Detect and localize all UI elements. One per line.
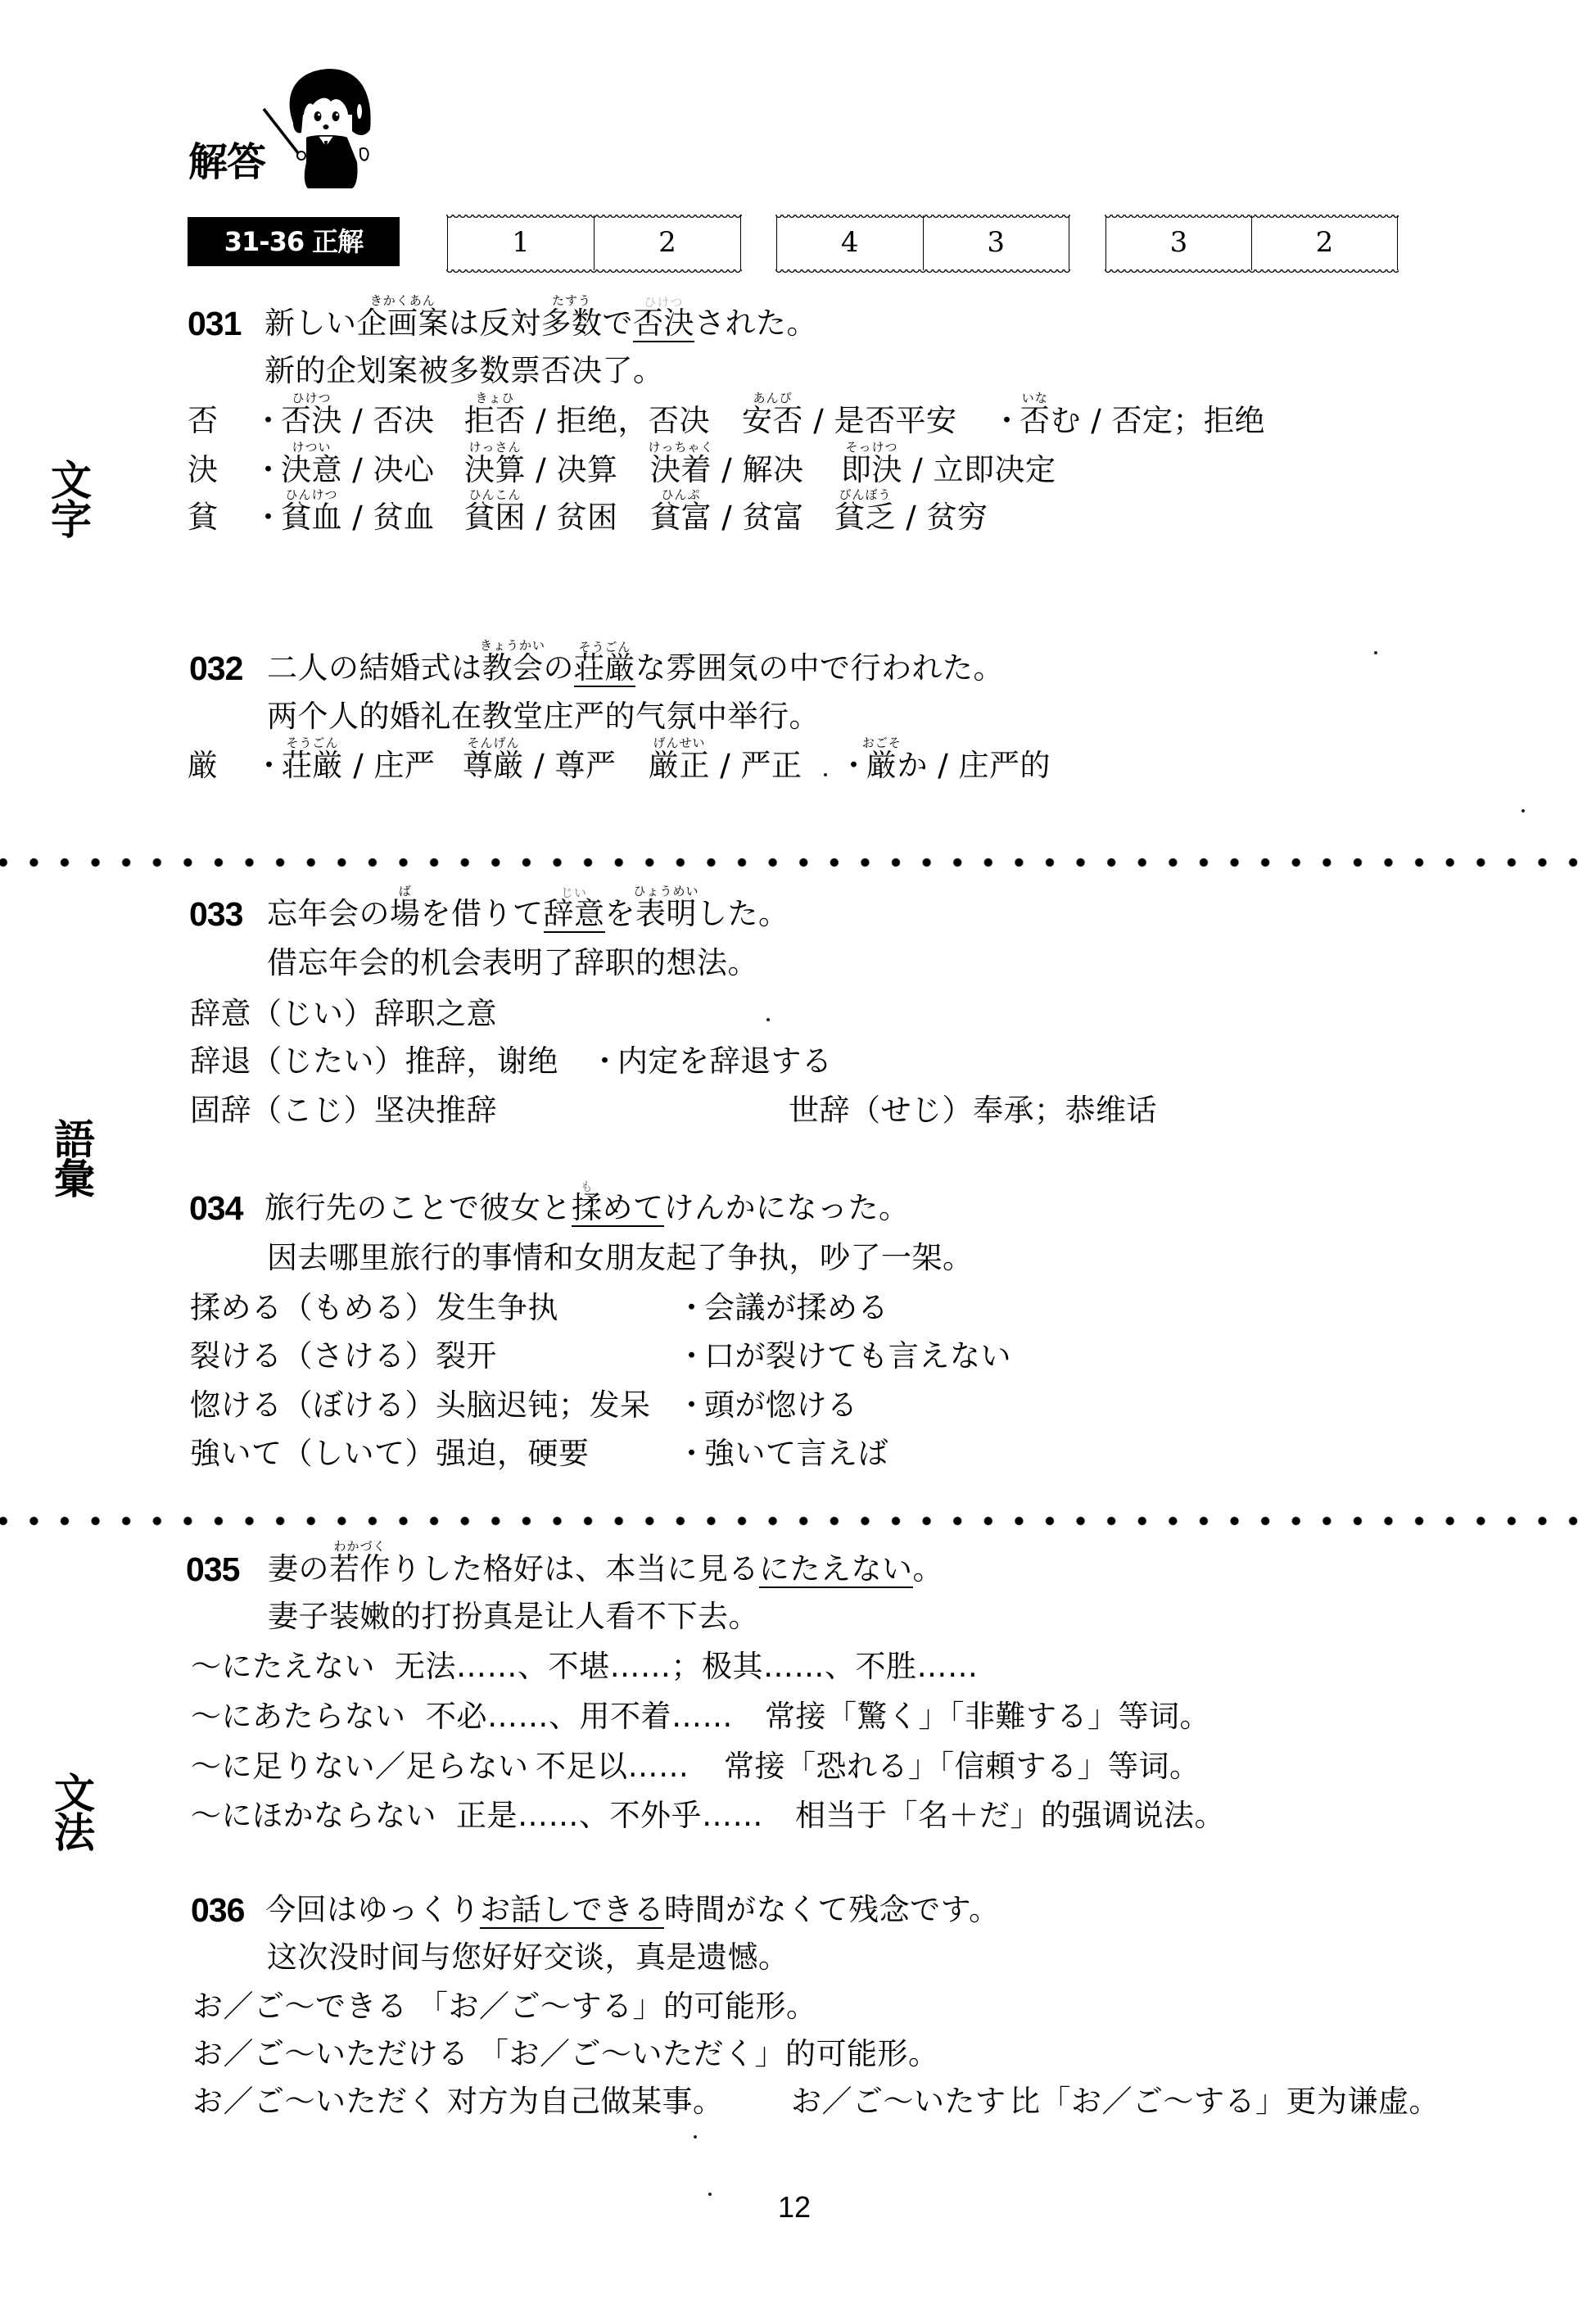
ruby-word: 決意けつい — [281, 451, 342, 489]
grammar-meaning: 不必……、用不着…… — [426, 1698, 733, 1736]
sentence-text: 二人の結婚式は — [267, 650, 482, 687]
answer-035: 3 — [1106, 215, 1251, 270]
kanji-char: 貧 — [188, 499, 219, 536]
meaning-text: 不足以…… — [536, 1748, 689, 1786]
ruby-reading: けっさん — [468, 441, 521, 454]
sentence-text: 今回はゆっくり — [265, 1891, 480, 1929]
grammar-meaning: 正是……、不外乎…… — [456, 1797, 763, 1835]
meaning: 立即决定 — [934, 451, 1056, 489]
ruby-reading: ひんこん — [468, 488, 521, 501]
question-sentence: 新しい 企画案きかくあん は反対 多数たすう で 否決ひけつ された。 — [264, 305, 817, 342]
ruby-word: 貧富ひんぷ — [650, 499, 712, 536]
ruby-base: 場 — [390, 896, 421, 931]
translation-text: 借忘年会的机会表明了辞职的想法。 — [267, 944, 758, 982]
translation-text: 妻子装嫩的打扮真是让人看不下去。 — [268, 1598, 759, 1636]
kanji-entry: 貧困ひんこん / 贫困 — [464, 499, 618, 536]
question-number: 036 — [191, 1891, 244, 1929]
grammar-meaning: 无法……、不堪……；极其……、不胜…… — [395, 1648, 979, 1686]
bullet: ・ — [253, 451, 281, 489]
bullet: ・ — [590, 1043, 617, 1080]
ruby-word: 否決ひけつ — [633, 306, 694, 341]
ruby-reading: そうごん — [286, 736, 338, 749]
ruby-reading: ひんぷ — [661, 488, 700, 501]
page-number: 12 — [778, 2189, 811, 2225]
question-number: 034 — [189, 1189, 242, 1227]
meaning: 解决 — [743, 451, 804, 489]
vocab-term: 辞意 — [190, 995, 251, 1033]
ruby-base: 揉 — [572, 1190, 603, 1225]
grammar-pattern: お／ご～いただける — [192, 2035, 469, 2073]
print-speck — [694, 2135, 697, 2139]
ruby-reading: ば — [399, 885, 412, 898]
grammar-pattern: お／ご～いたす — [791, 2083, 1006, 2121]
vocab-reading: （もめる） — [283, 1289, 436, 1327]
vocab-example: ・強いて言えば — [676, 1435, 888, 1473]
ruby-base: 即決 — [841, 452, 902, 487]
sentence-text: で — [603, 305, 634, 342]
ruby-word: 決算けっさん — [464, 451, 526, 489]
vocab-term: 裂ける — [190, 1338, 283, 1375]
ruby-word: 荘厳そうごん — [574, 651, 635, 686]
vocab-example: ・頭が惚ける — [676, 1387, 858, 1424]
meaning: 否决 — [373, 402, 435, 440]
side-label-moji: 文字 — [46, 459, 90, 537]
meaning-text: 比「お／ご～する」更为谦虚。 — [1010, 2083, 1440, 2121]
ruby-base: 否決 — [633, 306, 694, 341]
meaning-text: 「お／ご～する」的可能形。 — [418, 1988, 817, 2026]
grammar-note: 常接「驚く」「非難する」等词。 — [765, 1698, 1210, 1736]
question-number: 035 — [186, 1550, 239, 1588]
grammar-meaning: 对方为自己做某事。 — [447, 2083, 724, 2121]
underlined-target-word: 否決ひけつ — [633, 306, 694, 342]
separator: / — [1081, 402, 1112, 440]
question-number: 033 — [189, 895, 242, 933]
ruby-word: 安否あんぴ — [742, 402, 803, 440]
kanji-entry: 決算けっさん / 决算 — [464, 451, 618, 489]
kanji-entry: ・ 決意けつい / 决心 — [253, 451, 435, 489]
ruby-word: 尊厳そんげん — [463, 747, 524, 785]
separator: / — [524, 747, 555, 785]
kanji-entry: 貧乏びんぼう / 贫穷 — [834, 499, 988, 536]
ruby-reading: そうごん — [578, 640, 631, 654]
vocab-example: ・口が裂けても言えない — [676, 1338, 1011, 1375]
separator: / — [343, 747, 374, 785]
underlined-target-word: お話しできる — [480, 1893, 664, 1929]
ruby-base: 表明 — [635, 896, 697, 931]
ruby-word: 貧血ひんけつ — [281, 499, 342, 536]
grammar-meaning: 比「お／ご～する」更为谦虚。 — [1010, 2083, 1440, 2121]
pattern-text: ～にたえない — [191, 1648, 375, 1686]
translation: 因去哪里旅行的事情和女朋友起了争执，吵了一架。 — [267, 1239, 974, 1277]
vocab-meaning: 推辞，谢绝 — [405, 1043, 559, 1080]
vocab-meaning: 裂开 — [436, 1338, 497, 1375]
answer-031: 1 — [448, 215, 594, 270]
ruby-word: 荘厳そうごん — [282, 747, 343, 785]
print-speck — [1521, 809, 1525, 812]
translation: 借忘年会的机会表明了辞职的想法。 — [267, 944, 758, 982]
vocab-meaning: 奉承；恭维话 — [973, 1092, 1157, 1129]
meaning: 贫血 — [373, 499, 435, 536]
question-sentence: 今回はゆっくり お話しできる 時間がなくて残念です。 — [265, 1891, 1000, 1929]
ruby-reading: ひょうめい — [633, 885, 699, 898]
vocab-reading: （ぼける） — [283, 1387, 436, 1424]
side-label-bunpo: 文法 — [49, 1772, 93, 1850]
bullet: ・ — [676, 1338, 704, 1375]
print-speck — [1374, 651, 1377, 654]
underlined-target-word: にたえない — [759, 1552, 913, 1588]
grammar-pattern: ～にあたらない — [191, 1698, 406, 1736]
dotted-divider — [0, 1515, 1596, 1527]
print-speck — [766, 1018, 770, 1021]
underlined-target-word: 揉もめて — [572, 1191, 664, 1227]
kanji-entry: ・ 荘厳そうごん / 庄严 — [254, 747, 436, 785]
kanji-heading: 否 — [188, 402, 219, 440]
ruby-base: 否決 — [281, 403, 342, 438]
answer-group-035-036: 3 2 — [1105, 215, 1398, 270]
vocab-meaning: 头脑迟钝；发呆 — [436, 1387, 651, 1424]
ruby-word: 即決そっけつ — [841, 451, 902, 489]
translation: 新的企划案被多数票否决了。 — [264, 352, 664, 390]
pattern-text: ～にあたらない — [191, 1698, 406, 1736]
ruby-base: 多数 — [541, 306, 603, 341]
okurigana: む — [1051, 402, 1082, 440]
vocab-meaning: 坚决推辞 — [374, 1092, 497, 1129]
note-text: 常接「驚く」「非難する」等词。 — [765, 1698, 1210, 1736]
vocab-entry: 固辞（こじ）坚决推辞 — [190, 1092, 497, 1129]
example-text: 会議が揉める — [704, 1289, 888, 1327]
print-speck — [824, 773, 827, 776]
ruby-reading: ひんけつ — [285, 488, 337, 501]
body — [305, 135, 358, 188]
kanji-heading: 貧 — [188, 499, 219, 536]
question-sentence: 二人の結婚式は 教会きょうかい の 荘厳そうごん な雰囲気の中で行われた。 — [267, 650, 1004, 687]
separator: / — [712, 451, 743, 489]
ruby-reading: わかづく — [333, 1540, 386, 1553]
separator: / — [928, 747, 959, 785]
kanji-entry: 安否あんぴ / 是否平安 — [742, 402, 957, 440]
grammar-pattern: お／ご～できる — [192, 1988, 408, 2026]
pattern-text: お／ご～いただける — [192, 2035, 469, 2073]
ruby-reading: けっちゃく — [648, 441, 713, 454]
meaning: 拒绝，否决 — [557, 402, 711, 440]
kanji-entry: 拒否きょひ / 拒绝，否决 — [464, 402, 710, 440]
grammar-note: 常接「恐れる」「信頼する」等词。 — [724, 1748, 1200, 1786]
kanji-entry: 尊厳そんげん / 尊严 — [463, 747, 617, 785]
ruby-word: 教会きょうかい — [482, 650, 544, 687]
translation-text: 新的企划案被多数票否决了。 — [264, 352, 664, 390]
sentence-text: は反対 — [449, 305, 541, 342]
separator: / — [342, 499, 373, 536]
sentence-text: 忘年会の — [267, 895, 390, 933]
vocab-term: 辞退 — [190, 1043, 251, 1080]
ruby-word: 若作わかづく — [329, 1550, 391, 1588]
meaning-text: 「お／ご～いただく」的可能形。 — [478, 2035, 939, 2073]
question-number: 032 — [189, 650, 242, 687]
ruby-word: 辞意じい — [544, 897, 605, 931]
example-text: 口が裂けても言えない — [704, 1338, 1011, 1375]
ruby-base: 決算 — [464, 452, 526, 487]
ruby-word: 否いな — [1020, 402, 1051, 440]
note-text: 常接「恐れる」「信頼する」等词。 — [724, 1748, 1200, 1786]
sentence-text: りした格好は、本当に見る — [391, 1550, 759, 1588]
ruby-base: 否 — [1020, 403, 1051, 438]
vocab-entry: 惚ける（ぼける）头脑迟钝；发呆 — [190, 1387, 651, 1424]
separator: / — [342, 402, 373, 440]
ruby-reading: そっけつ — [845, 441, 897, 454]
answer-032: 2 — [594, 215, 740, 270]
separator: / — [712, 499, 743, 536]
dotted-divider — [0, 857, 1596, 868]
meaning: 贫困 — [557, 499, 618, 536]
separator: / — [896, 499, 927, 536]
ruby-base: 厳正 — [649, 748, 710, 783]
kanji-char: 決 — [188, 451, 219, 489]
ruby-reading: いな — [1022, 392, 1048, 405]
ruby-word: 揉も — [572, 1191, 603, 1225]
grammar-pattern: お／ご～いただく — [192, 2083, 438, 2121]
vocab-meaning: 辞职之意 — [374, 995, 497, 1033]
pattern-text: ～に足りない／足らない — [191, 1748, 529, 1786]
ruby-word: 多数たすう — [541, 305, 603, 342]
bullet: ・ — [839, 747, 866, 785]
ruby-word: 否決ひけつ — [281, 402, 342, 440]
answer-group-031-032: 1 2 — [447, 215, 741, 270]
translation-text: 这次没时间与您好好交谈，真是遗憾。 — [267, 1939, 789, 1976]
pattern-text: お／ご～いただく — [192, 2083, 438, 2121]
separator: / — [342, 451, 373, 489]
ruby-reading: きょひ — [475, 392, 514, 405]
vocab-term: 強いて — [190, 1435, 283, 1473]
meaning: 庄严的 — [959, 747, 1051, 785]
bullet: ・ — [676, 1387, 704, 1424]
vocab-term: 世辞 — [789, 1092, 850, 1129]
ruby-word: 拒否きょひ — [464, 402, 526, 440]
sentence-text: けんかになった。 — [664, 1189, 910, 1227]
ruby-word: 企画案きかくあん — [357, 305, 450, 342]
bullet: ・ — [676, 1435, 704, 1473]
vocab-reading: （じたい） — [251, 1043, 405, 1080]
vocab-entry: 辞退（じたい）推辞，谢绝 — [190, 1043, 558, 1080]
kanji-entry: 貧富ひんぷ / 贫富 — [650, 499, 804, 536]
vocab-term: 固辞 — [190, 1092, 251, 1129]
ruby-base: 教会 — [482, 650, 544, 686]
meaning: 庄严 — [374, 747, 436, 785]
meaning-text: 无法……、不堪……；极其……、不胜…… — [395, 1648, 979, 1686]
ruby-reading: おごそ — [862, 736, 902, 749]
ruby-base: 拒否 — [464, 403, 526, 438]
ruby-base: 企画案 — [357, 306, 450, 341]
bullet: ・ — [254, 747, 282, 785]
vocab-term: 惚ける — [190, 1387, 283, 1424]
vocab-example: ・内定を辞退する — [590, 1043, 833, 1080]
hand — [297, 152, 305, 160]
ruby-base: 辞意 — [544, 896, 605, 931]
bullet: ・ — [253, 402, 281, 440]
kanji-entry: 即決そっけつ / 立即决定 — [841, 451, 1056, 489]
meaning: 贫穷 — [927, 499, 988, 536]
question-sentence: 妻の 若作わかづく りした格好は、本当に見る にたえない 。 — [268, 1550, 943, 1588]
question-sentence: 忘年会の 場ば を借りて 辞意じい を 表明ひょうめい した。 — [267, 895, 789, 933]
meaning: 贫富 — [743, 499, 804, 536]
vocab-reading: （こじ） — [251, 1092, 374, 1129]
ruby-base: 貧困 — [464, 500, 526, 535]
ruby-base: 決意 — [281, 452, 342, 487]
answer-033: 4 — [777, 215, 923, 270]
ruby-reading: ひけつ — [292, 392, 331, 405]
ruby-base: 荘厳 — [282, 748, 343, 783]
example-text: 強いて言えば — [704, 1435, 888, 1473]
ruby-reading: けつい — [292, 441, 331, 454]
grammar-pattern: ～にほかならない — [191, 1797, 436, 1835]
meaning-text: 对方为自己做某事。 — [447, 2083, 724, 2121]
teacher-illustration — [260, 64, 375, 191]
separator: / — [902, 451, 934, 489]
ruby-base: 貧血 — [281, 500, 342, 535]
meaning: 严正 — [741, 747, 803, 785]
vocab-entry: 揉める（もめる）发生争执 — [190, 1289, 558, 1327]
ruby-word: 厳おごそ — [866, 747, 897, 785]
meaning: 尊严 — [555, 747, 617, 785]
pattern-text: お／ご～いたす — [791, 2083, 1006, 2121]
kanji-entry: ・ 貧血ひんけつ / 贫血 — [253, 499, 435, 536]
sentence-text: を — [605, 895, 636, 933]
kanji-heading: 厳 — [188, 747, 219, 785]
ruby-word: 貧乏びんぼう — [834, 499, 896, 536]
note-text: 相当于「名＋だ」的强调说法。 — [795, 1797, 1225, 1835]
ruby-base: 荘厳 — [574, 650, 635, 686]
vocab-reading: （じい） — [251, 995, 374, 1033]
kanji-entry: ・ 厳おごそ か / 庄严的 — [839, 747, 1051, 785]
meaning-text: 正是……、不外乎…… — [456, 1797, 763, 1835]
answer-036: 2 — [1251, 215, 1397, 270]
example-text: 頭が惚ける — [704, 1387, 858, 1424]
side-label-goi: 語彙 — [49, 1118, 93, 1197]
ruby-word: 貧困ひんこん — [464, 499, 526, 536]
separator: / — [526, 451, 557, 489]
sentence-text: した。 — [697, 895, 789, 933]
bullet: ・ — [253, 499, 281, 536]
kanji-entry: 厳正げんせい / 严正 — [649, 747, 803, 785]
sentence-text: な雰囲気の中で行われた。 — [635, 650, 1004, 687]
grammar-meaning: 「お／ご～いただく」的可能形。 — [478, 2035, 939, 2073]
separator: / — [710, 747, 741, 785]
sentence-text: 。 — [913, 1550, 944, 1588]
vocab-entry: 強いて（しいて）强迫，硬要 — [190, 1435, 590, 1473]
vocab-example: ・会議が揉める — [676, 1289, 888, 1327]
vocab-entry: 裂ける（さける）裂开 — [190, 1338, 497, 1375]
separator: / — [526, 402, 557, 440]
ruby-reading: も — [581, 1180, 594, 1193]
kanji-heading: 決 — [188, 451, 219, 489]
sentence-text: 妻の — [268, 1550, 329, 1588]
sentence-text: の — [544, 650, 575, 687]
vocab-entry: 世辞（せじ）奉承；恭维话 — [789, 1092, 1157, 1129]
ruby-word: 場ば — [390, 895, 421, 933]
meaning: 是否平安 — [834, 402, 957, 440]
kanji-char: 厳 — [188, 747, 219, 785]
grammar-meaning: 「お／ご～する」的可能形。 — [418, 1988, 817, 2026]
sentence-text: 新しい — [264, 305, 357, 342]
underlined-target-word: 辞意じい — [544, 897, 605, 933]
kanji-entry: ・ 否決ひけつ / 否决 — [253, 402, 435, 440]
grammar-meaning: 不足以…… — [536, 1748, 689, 1786]
separator: / — [803, 402, 834, 440]
answer-group-033-034: 4 3 — [776, 215, 1069, 270]
kanji-entry: 決着けっちゃく / 解决 — [650, 451, 804, 489]
ruby-base: 厳 — [866, 748, 897, 783]
question-sentence: 旅行先のことで彼女と 揉もめて けんかになった。 — [264, 1189, 910, 1227]
translation: 这次没时间与您好好交谈，真是遗憾。 — [267, 1939, 789, 1976]
kanji-char: 否 — [188, 402, 219, 440]
example-text: 内定を辞退する — [617, 1043, 833, 1080]
bullet: ・ — [676, 1289, 704, 1327]
ruby-reading: びんぼう — [839, 488, 891, 501]
separator: / — [526, 499, 557, 536]
vocab-reading: （しいて） — [283, 1435, 436, 1473]
question-number: 031 — [188, 305, 241, 342]
ruby-reading: きょうかい — [480, 639, 545, 652]
okurigana: か — [897, 747, 929, 785]
ruby-base: 貧富 — [650, 500, 712, 535]
vocab-meaning: 发生争执 — [436, 1289, 558, 1327]
ruby-reading: そんげん — [467, 736, 519, 749]
translation-text: 两个人的婚礼在教堂庄严的气氛中举行。 — [267, 698, 820, 736]
sentence-text: 時間がなくて残念です。 — [664, 1891, 1000, 1929]
vocab-meaning: 强迫，硬要 — [436, 1435, 590, 1473]
ruby-base: 貧乏 — [834, 500, 896, 535]
pattern-text: お／ご～できる — [192, 1988, 408, 2026]
grammar-note: 相当于「名＋だ」的强调说法。 — [795, 1797, 1225, 1835]
sentence-text: を借りて — [421, 895, 544, 933]
meaning: 否定；拒绝 — [1112, 402, 1266, 440]
ruby-reading: あんぴ — [753, 392, 792, 405]
translation: 妻子装嫩的打扮真是让人看不下去。 — [268, 1598, 759, 1636]
grammar-pattern: ～にたえない — [191, 1648, 375, 1686]
ruby-base: 決着 — [650, 452, 712, 487]
answer-034: 3 — [923, 215, 1069, 270]
ruby-base: 若作 — [329, 1551, 391, 1586]
vocab-reading: （せじ） — [850, 1092, 973, 1129]
underlined-target-word: 荘厳そうごん — [574, 651, 635, 687]
sentence-text: された。 — [694, 305, 817, 342]
ruby-base: 尊厳 — [463, 748, 524, 783]
page-title: 解答 — [188, 139, 265, 185]
sentence-text: めて — [603, 1190, 664, 1225]
answer-range-label: 31-36 正解 — [188, 217, 400, 266]
ruby-word: 厳正げんせい — [649, 747, 710, 785]
meaning: 决算 — [557, 451, 618, 489]
ruby-reading: ひけつ — [644, 296, 683, 309]
translation-text: 因去哪里旅行的事情和女朋友起了争执，吵了一架。 — [267, 1239, 974, 1277]
page: 解答 31-36 正解 1 2 4 3 3 — [0, 0, 1596, 2322]
print-speck — [708, 2193, 712, 2196]
pattern-text: ～にほかならない — [191, 1797, 436, 1835]
sentence-text: 旅行先のことで彼女と — [264, 1189, 572, 1227]
kanji-entry: ・ 否いな む / 否定；拒绝 — [992, 402, 1265, 440]
translation: 两个人的婚礼在教堂庄严的气氛中举行。 — [267, 698, 820, 736]
vocab-reading: （さける） — [283, 1338, 436, 1375]
meaning: 决心 — [373, 451, 435, 489]
bullet: ・ — [992, 402, 1020, 440]
vocab-entry: 辞意（じい）辞职之意 — [190, 995, 497, 1033]
ruby-reading: じい — [561, 886, 587, 899]
ruby-word: 表明ひょうめい — [635, 895, 697, 933]
ruby-reading: たすう — [552, 294, 591, 307]
ruby-word: 決着けっちゃく — [650, 451, 712, 489]
ruby-base: 安否 — [742, 403, 803, 438]
ruby-reading: きかくあん — [370, 294, 436, 307]
grammar-pattern: ～に足りない／足らない — [191, 1748, 529, 1786]
